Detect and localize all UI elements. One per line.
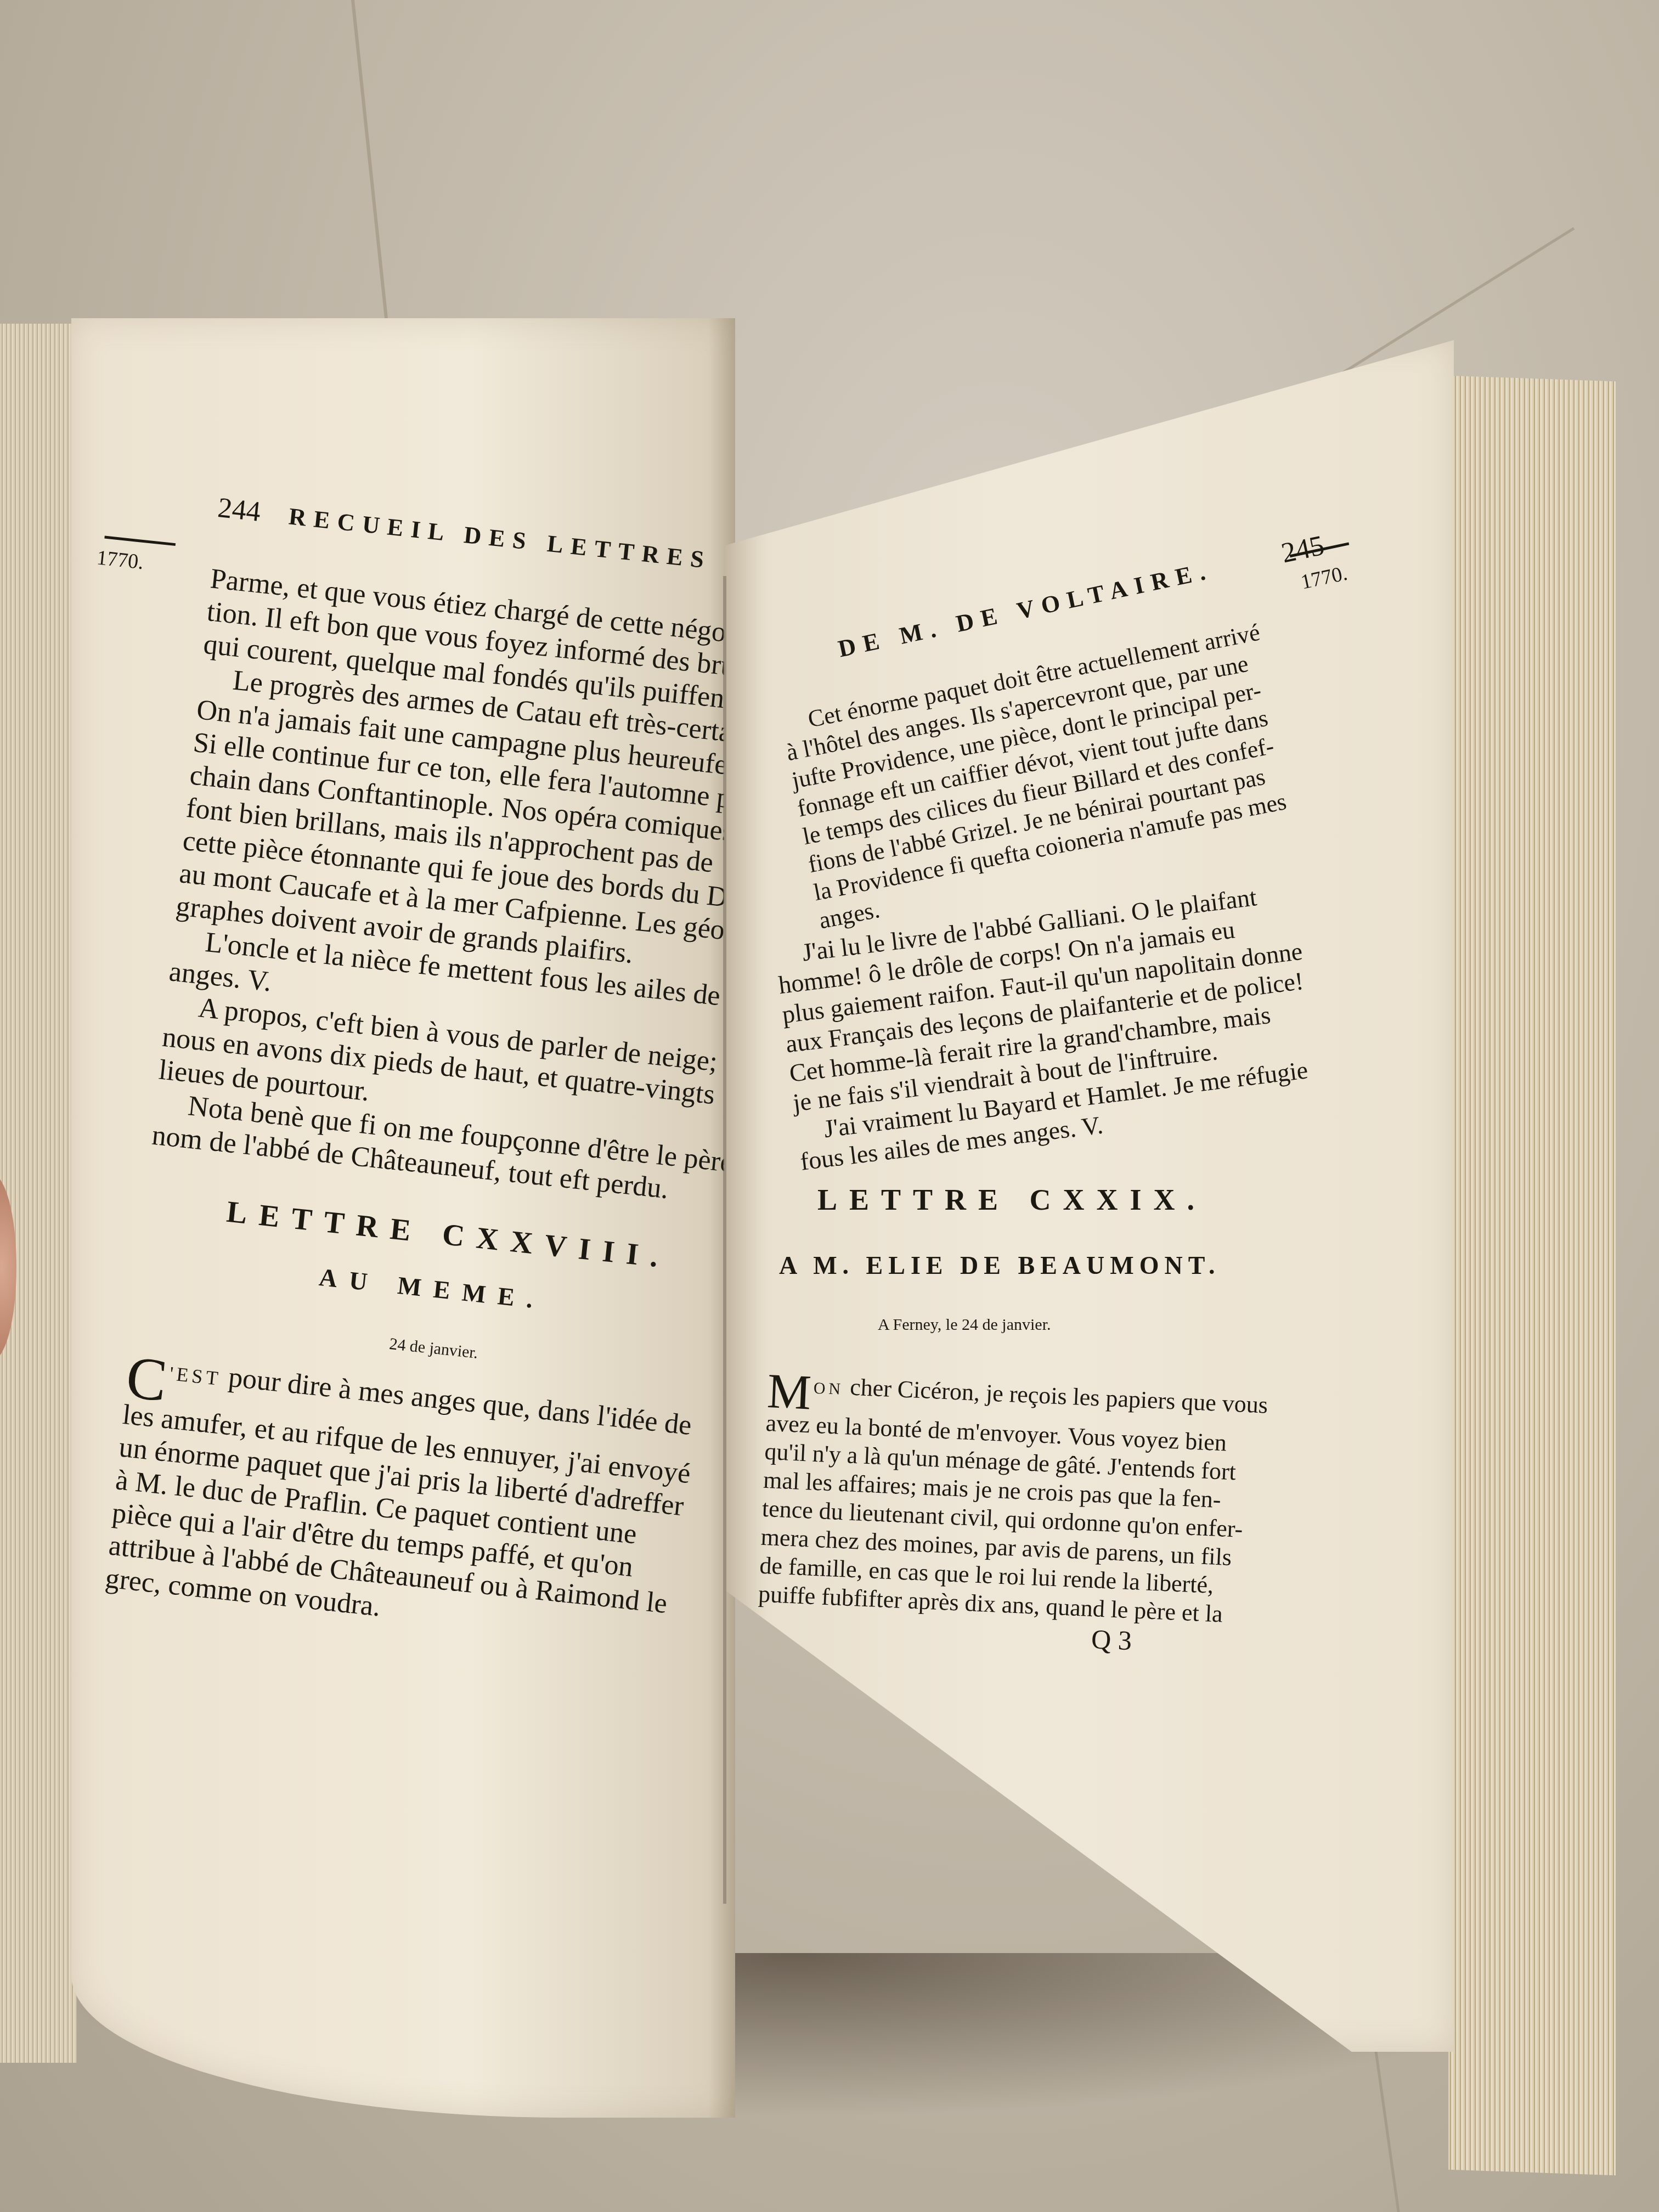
letter-date: 24 de janvier. xyxy=(388,1336,746,1390)
letter-date: A Ferney, le 24 de janvier. xyxy=(878,1317,1249,1333)
opening-caps: 'EST xyxy=(168,1362,222,1390)
letter-body: M ON cher Cicéron, je reçois les papiers… xyxy=(757,1372,1249,1659)
letter-title: LETTRE CXXIX. xyxy=(817,1185,1249,1215)
left-page-edges xyxy=(0,324,77,2063)
drop-cap: C xyxy=(124,1352,169,1404)
text-line: ON cher Cicéron, je reçois les papiers q… xyxy=(767,1372,1249,1417)
opening-caps: ON xyxy=(813,1379,844,1398)
book-gutter xyxy=(723,576,726,1904)
letter-recipient: A M. ELIE DE BEAUMONT. xyxy=(779,1253,1249,1278)
text-fragment: cher Cicéron, je reçois les papiers que … xyxy=(849,1374,1268,1419)
left-page-content: 244 RECUEIL DES LETTRES 1770. Parme, et … xyxy=(104,494,832,1661)
right-page-edges xyxy=(1448,376,1616,2176)
drop-cap: M xyxy=(766,1372,812,1413)
right-letter: LETTRE CXXIX. A M. ELIE DE BEAUMONT. A F… xyxy=(768,1185,1249,1643)
letter-title: LETTRE CXXVIII. xyxy=(225,1197,758,1283)
signature-mark: Q 3 xyxy=(1091,1625,1238,1659)
page-number: 244 xyxy=(216,492,262,528)
margin-rule xyxy=(104,535,176,546)
margin-year: 1770. xyxy=(96,547,145,573)
